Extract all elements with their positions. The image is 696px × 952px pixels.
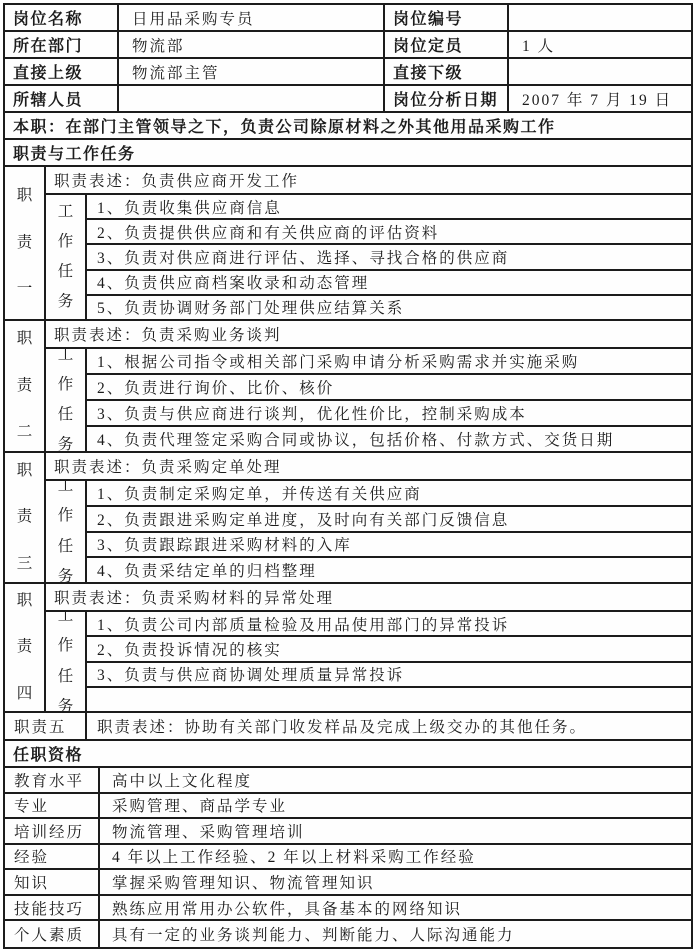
qualification-label-education: 教育水平 [5,768,100,794]
duty-4-task-column: 工作任务 [46,612,87,711]
task-item: 4、负责采结定单的归档整理 [87,556,691,582]
duty-3-task-column: 工作任务 [46,481,87,582]
qualification-label-knowledge: 知识 [5,870,100,896]
field-value-job-title: 日用品采购专员 [119,5,385,32]
task-item: 1、负责收集供应商信息 [87,195,691,218]
qualification-value-experience: 4 年以上工作经验、2 年以上材料采购工作经验 [100,845,691,871]
task-item: 2、负责跟进采购定单进度，及时向有关部门反馈信息 [87,505,691,531]
task-item: 1、负责制定采购定单，并传送有关供应商 [87,481,691,505]
field-value-job-number [509,5,691,32]
task-column-label: 工作任务 [57,481,75,582]
duty-3-description: 职责表述：负责采购定单处理 [46,453,691,481]
field-label-headcount: 岗位定员 [385,32,509,59]
duty-5-label: 职责五 [5,713,87,739]
duty-1-task-column: 工作任务 [46,195,87,319]
duty-3-label: 职责三 [16,453,34,582]
qualifications-section-header: 任职资格 [5,741,691,768]
field-label-subordinate: 直接下级 [385,59,509,86]
duties-section-header: 职责与工作任务 [5,140,691,167]
duty-3-label-cell: 职责三 [5,453,46,582]
field-value-headcount: 1 人 [509,32,691,59]
qualification-label-personality: 个人素质 [5,921,100,947]
task-item: 1、根据公司指令或相关部门采购申请分析采购需求并实施采购 [87,349,691,373]
duty-2-label: 职责二 [16,321,34,451]
task-item: 2、负责进行询价、比价、核价 [87,373,691,399]
duty-section-4: 职责四 职责表述：负责采购材料的异常处理 工作任务 1、负责公司内部质量检验及用… [5,584,691,713]
duty-1-description: 职责表述：负责供应商开发工作 [46,167,691,195]
duty-section-2: 职责二 职责表述：负责采购业务谈判 工作任务 1、根据公司指令或相关部门采购申请… [5,321,691,453]
qualification-value-education: 高中以上文化程度 [100,768,691,794]
duty-4-label: 职责四 [16,584,34,711]
duty-2-label-cell: 职责二 [5,321,46,451]
duty-section-1: 职责一 职责表述：负责供应商开发工作 工作任务 1、负责收集供应商信息 2、负责… [5,167,691,321]
field-value-staff-managed [119,86,385,113]
task-column-label: 工作任务 [57,197,75,318]
field-label-staff-managed: 所辖人员 [5,86,119,113]
task-item: 2、负责提供供应商和有关供应商的评估资料 [87,218,691,243]
duty-5-description: 职责表述：协助有关部门收发样品及完成上级交办的其他任务。 [87,713,691,739]
duty-1-label: 职责一 [16,173,34,313]
task-item: 3、负责与供应商协调处理质量异常投诉 [87,661,691,686]
task-item: 4、负责代理签定采购合同或协议，包括价格、付款方式、交货日期 [87,425,691,451]
duty-4-label-cell: 职责四 [5,584,46,711]
field-value-subordinate [509,59,691,86]
field-label-job-number: 岗位编号 [385,5,509,32]
qualification-value-knowledge: 掌握采购管理知识、物流管理知识 [100,870,691,896]
qualification-value-training: 物流管理、采购管理培训 [100,819,691,845]
qualification-label-skills: 技能技巧 [5,896,100,922]
duty-2-task-column: 工作任务 [46,349,87,451]
task-item: 1、负责公司内部质量检验及用品使用部门的异常投诉 [87,612,691,635]
field-value-analysis-date: 2007 年 7 月 19 日 [509,86,691,113]
job-summary: 本职：在部门主管领导之下，负责公司除原材料之外其他用品采购工作 [5,113,691,140]
task-item: 4、负责供应商档案收录和动态管理 [87,269,691,294]
qualification-value-personality: 具有一定的业务谈判能力、判断能力、人际沟通能力 [100,921,691,947]
basic-info-grid: 岗位名称 日用品采购专员 岗位编号 所在部门 物流部 岗位定员 1 人 直接上级… [5,5,691,113]
duty-section-5: 职责五 职责表述：协助有关部门收发样品及完成上级交办的其他任务。 [5,713,691,741]
task-item: 3、负责跟踪跟进采购材料的入库 [87,531,691,557]
qualifications-grid: 教育水平 高中以上文化程度 专业 采购管理、商品学专业 培训经历 物流管理、采购… [5,768,691,947]
field-label-analysis-date: 岗位分析日期 [385,86,509,113]
qualification-value-skills: 熟练应用常用办公软件，具备基本的网络知识 [100,896,691,922]
qualification-label-major: 专业 [5,794,100,820]
field-value-supervisor: 物流部主管 [119,59,385,86]
field-value-department: 物流部 [119,32,385,59]
duty-1-label-cell: 职责一 [5,167,46,319]
task-item: 3、负责与供应商进行谈判，优化性价比，控制采购成本 [87,399,691,425]
duty-2-description: 职责表述：负责采购业务谈判 [46,321,691,349]
qualification-label-training: 培训经历 [5,819,100,845]
task-column-label: 工作任务 [57,349,75,451]
task-item-empty [87,686,691,711]
task-item: 5、负责协调财务部门处理供应结算关系 [87,294,691,319]
task-column-label: 工作任务 [57,612,75,711]
field-label-department: 所在部门 [5,32,119,59]
field-label-supervisor: 直接上级 [5,59,119,86]
task-item: 2、负责投诉情况的核实 [87,635,691,660]
qualification-label-experience: 经验 [5,845,100,871]
duty-4-description: 职责表述：负责采购材料的异常处理 [46,584,691,612]
qualification-value-major: 采购管理、商品学专业 [100,794,691,820]
job-description-table: 岗位名称 日用品采购专员 岗位编号 所在部门 物流部 岗位定员 1 人 直接上级… [3,3,693,949]
field-label-job-title: 岗位名称 [5,5,119,32]
duty-section-3: 职责三 职责表述：负责采购定单处理 工作任务 1、负责制定采购定单，并传送有关供… [5,453,691,584]
task-item: 3、负责对供应商进行评估、选择、寻找合格的供应商 [87,243,691,268]
